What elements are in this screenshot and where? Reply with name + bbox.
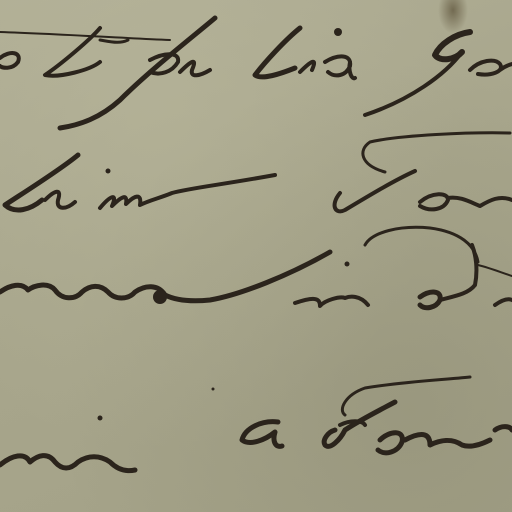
handwriting-line-4 bbox=[0, 377, 512, 471]
handwriting-line-1 bbox=[0, 18, 512, 128]
manuscript-page: eti Italia Gen lium Far nomen ined nia a… bbox=[0, 0, 512, 512]
handwriting-line-2 bbox=[5, 133, 512, 212]
handwriting-line-3 bbox=[0, 227, 512, 307]
handwriting-strokes bbox=[0, 0, 512, 512]
